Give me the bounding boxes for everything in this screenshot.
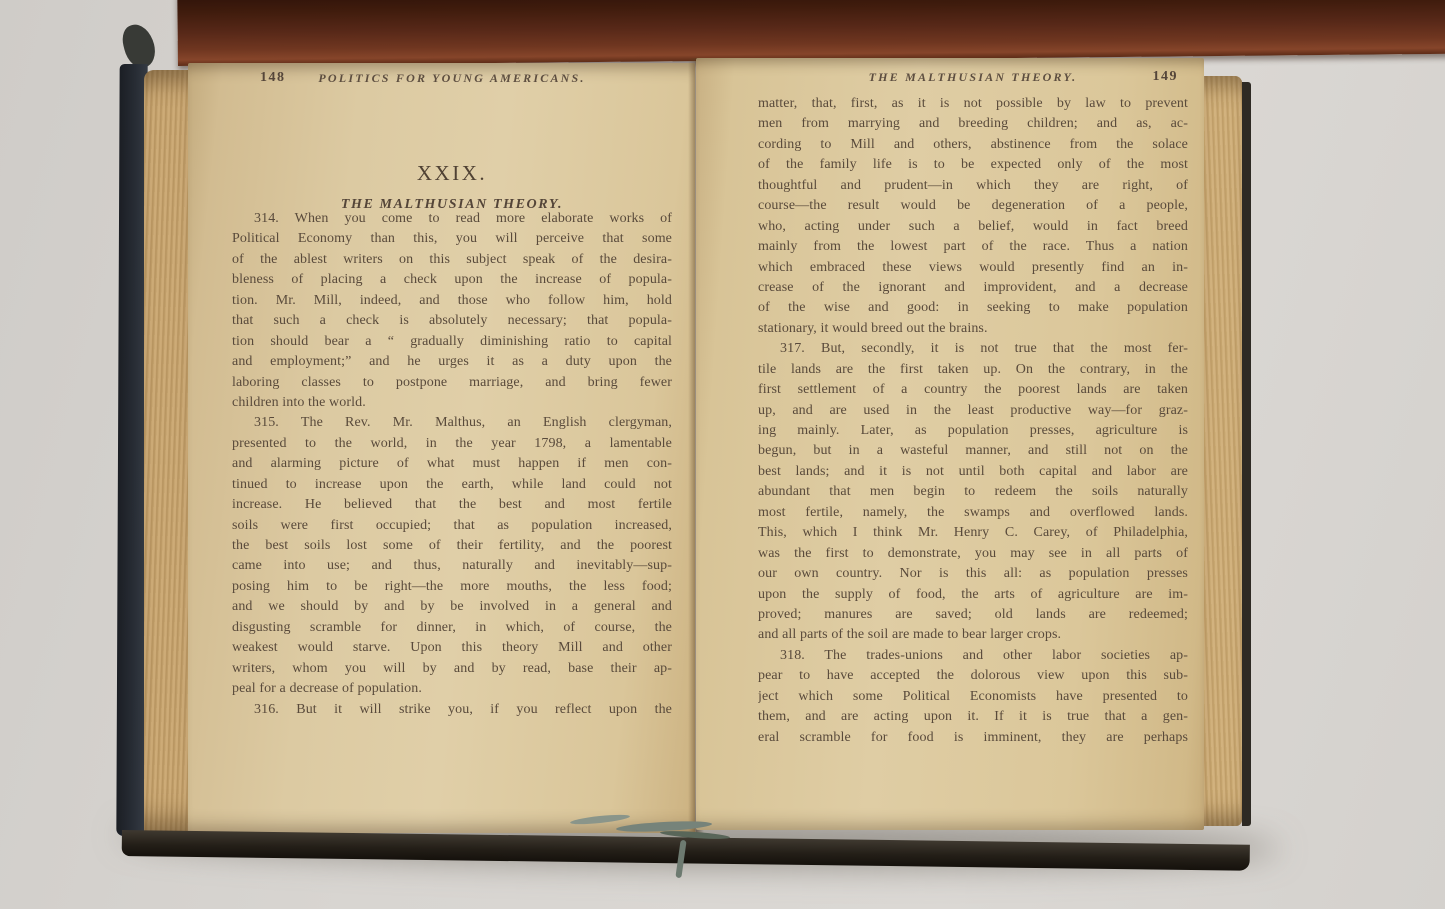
text-line: proved; manures are saved; old lands are… [758, 605, 1188, 625]
open-book: 148 POLITICS FOR YOUNG AMERICANS. XXIX. … [118, 50, 1298, 860]
page-149-text: THE MALTHUSIAN THEORY. 149 matter, that,… [758, 58, 1188, 830]
text-line: tinued to increase upon the earth, while… [232, 475, 672, 495]
text-line: weakest would starve. Upon this theory M… [232, 638, 672, 658]
text-line: stationary, it would breed out the brain… [758, 319, 1188, 339]
right-page-edges [1204, 76, 1242, 826]
text-line: writers, whom you will by and by read, b… [232, 659, 672, 679]
text-line: tile lands are the first taken up. On th… [758, 360, 1188, 380]
page-number-left: 148 [260, 70, 286, 86]
text-line: which embraced these views would present… [758, 258, 1188, 278]
paragraph: matter, that, first, as it is not possib… [758, 94, 1188, 339]
paragraph: 314. When you come to read more elaborat… [232, 209, 672, 413]
text-line: the best soils lost some of their fertil… [232, 536, 672, 556]
text-line: and alarming picture of what must happen… [232, 454, 672, 474]
text-line: our own country. Nor is this all: as pop… [758, 564, 1188, 584]
text-line: them, and are acting upon it. If it is t… [758, 707, 1188, 727]
text-line: first settlement of a country the poores… [758, 380, 1188, 400]
text-line: disgusting scramble for dinner, in which… [232, 618, 672, 638]
text-line: was the first to demonstrate, you may se… [758, 544, 1188, 564]
left-cover-edge [116, 64, 147, 836]
text-line: crease of the ignorant and improvident, … [758, 278, 1188, 298]
text-line: and we should by and by be involved in a… [232, 597, 672, 617]
text-line: abundant that men begin to redeem the so… [758, 482, 1188, 502]
text-line: increase. He believed that the best and … [232, 495, 672, 515]
text-line: 315. The Rev. Mr. Malthus, an English cl… [232, 413, 672, 433]
text-line: Political Economy than this, you will pe… [232, 229, 672, 249]
text-line: thoughtful and prudent—in which they are… [758, 176, 1188, 196]
text-line: pear to have accepted the dolorous view … [758, 666, 1188, 686]
text-line: ing mainly. Later, as population presses… [758, 421, 1188, 441]
running-head-left: POLITICS FOR YOUNG AMERICANS. [232, 71, 672, 86]
text-line: soils were first occupied; that as popul… [232, 516, 672, 536]
text-line: came into use; and thus, naturally and i… [232, 556, 672, 576]
text-line: of the family life is to be expected onl… [758, 155, 1188, 175]
text-line: eral scramble for food is imminent, they… [758, 728, 1188, 748]
text-line: and all parts of the soil are made to be… [758, 625, 1188, 645]
text-line: who, acting under such a belief, would i… [758, 217, 1188, 237]
text-line: begun, but in a wasteful manner, and sti… [758, 441, 1188, 461]
chapter-number: XXIX. [232, 161, 672, 186]
photo-scene: 148 POLITICS FOR YOUNG AMERICANS. XXIX. … [0, 0, 1445, 909]
text-line: bleness of placing a check upon the incr… [232, 270, 672, 290]
running-head-right: THE MALTHUSIAN THEORY. [758, 70, 1188, 85]
text-line: course—the result would be degeneration … [758, 196, 1188, 216]
page-148-header: 148 POLITICS FOR YOUNG AMERICANS. [232, 71, 672, 86]
text-line: laboring classes to postpone marriage, a… [232, 373, 672, 393]
text-line: posing him to be right—the more mouths, … [232, 577, 672, 597]
text-line: most fertile, namely, the swamps and ove… [758, 503, 1188, 523]
text-line: up, and are used in the least productive… [758, 401, 1188, 421]
text-line: tion. Mr. Mill, indeed, and those who fo… [232, 291, 672, 311]
text-line: best lands; and it is not until both cap… [758, 462, 1188, 482]
left-page-edges [144, 70, 190, 834]
text-line: tion should bear a “ gradually diminishi… [232, 332, 672, 352]
paragraph: 316. But it will strike you, if you refl… [232, 700, 672, 720]
text-line: mainly from the lowest part of the race.… [758, 237, 1188, 257]
page-149: THE MALTHUSIAN THEORY. 149 matter, that,… [696, 58, 1204, 830]
text-line: 317. But, secondly, it is not true that … [758, 339, 1188, 359]
paragraph: 318. The trades-unions and other labor s… [758, 646, 1188, 748]
text-line: 318. The trades-unions and other labor s… [758, 646, 1188, 666]
text-line: that such a check is absolutely necessar… [232, 311, 672, 331]
text-line: peal for a decrease of population. [232, 679, 672, 699]
page-number-right: 149 [1153, 69, 1179, 85]
text-line: matter, that, first, as it is not possib… [758, 94, 1188, 114]
text-line: of the wise and good: in seeking to make… [758, 298, 1188, 318]
text-line: of the ablest writers on this subject sp… [232, 250, 672, 270]
text-line: 314. When you come to read more elaborat… [232, 209, 672, 229]
paragraph: 317. But, secondly, it is not true that … [758, 339, 1188, 646]
page-148-text: 148 POLITICS FOR YOUNG AMERICANS. XXIX. … [232, 63, 672, 833]
page-148: 148 POLITICS FOR YOUNG AMERICANS. XXIX. … [188, 63, 695, 833]
text-line: ject which some Political Economists hav… [758, 687, 1188, 707]
text-line: This, which I think Mr. Henry C. Carey, … [758, 523, 1188, 543]
text-line: children into the world. [232, 393, 672, 413]
right-cover-sliver [1242, 82, 1251, 826]
page-149-header: THE MALTHUSIAN THEORY. 149 [758, 70, 1188, 85]
text-line: and employment;” and he urges it as a du… [232, 352, 672, 372]
text-line: 316. But it will strike you, if you refl… [232, 700, 672, 720]
page-149-body: matter, that, first, as it is not possib… [758, 94, 1188, 748]
text-line: upon the supply of food, the arts of agr… [758, 585, 1188, 605]
text-line: presented to the world, in the year 1798… [232, 434, 672, 454]
text-line: men from marrying and breeding children;… [758, 114, 1188, 134]
page-148-body: 314. When you come to read more elaborat… [232, 209, 672, 720]
text-line: cording to Mill and others, abstinence f… [758, 135, 1188, 155]
paragraph: 315. The Rev. Mr. Malthus, an English cl… [232, 413, 672, 699]
